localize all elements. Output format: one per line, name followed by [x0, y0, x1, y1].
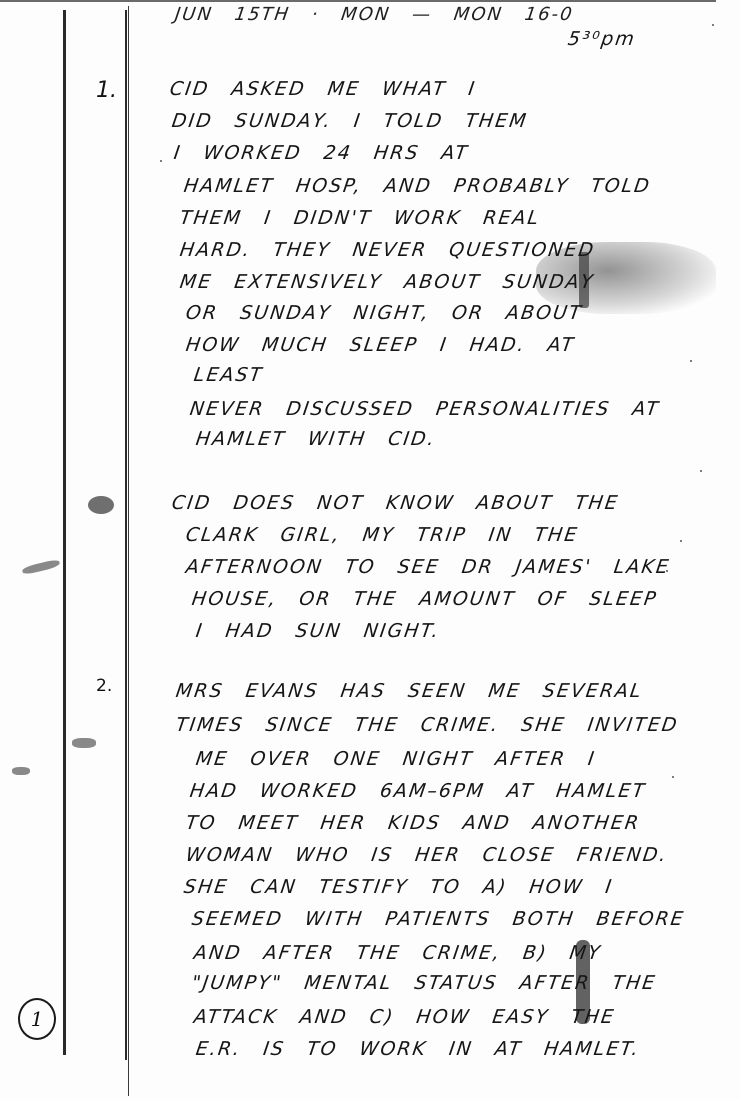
note-line: I worked 24 hrs at — [172, 142, 470, 164]
note-line: Clark girl, my trip in the — [184, 524, 580, 546]
note-line: CID asked me what I — [168, 78, 477, 100]
note-line: afternoon to see Dr James' Lake — [184, 556, 671, 578]
note-line: House, or the amount of sleep — [190, 588, 659, 610]
note-line: Never discussed personalities at — [188, 398, 661, 420]
note-line: least — [192, 364, 264, 386]
copy-speck — [666, 570, 668, 572]
note-line: me extensively about Sunday — [178, 271, 595, 293]
page-top-edge — [0, 0, 716, 2]
note-line: did Sunday. I told them — [170, 110, 529, 132]
note-line: CID does not know about the — [170, 492, 620, 514]
note-line: "Jumpy" mental status after the — [190, 972, 658, 994]
margin-streak — [72, 738, 96, 748]
note-line: hard. They never questioned — [178, 239, 596, 261]
note-line: Hamlet with CID. — [194, 428, 437, 450]
note-line: to meet her kids and another — [184, 812, 641, 834]
copy-speck — [160, 160, 162, 162]
copy-speck — [680, 540, 682, 542]
note-line: attack and c) how easy the — [192, 1006, 616, 1028]
margin-streak — [12, 767, 30, 775]
circled-page-number: 1 — [18, 998, 56, 1040]
margin-blot — [88, 496, 114, 514]
note-line: She can testify to a) how I — [182, 876, 614, 898]
note-line: times since the crime. She invited — [174, 714, 680, 736]
header-time: 5³⁰pm — [566, 28, 637, 50]
header-date-line: Jun 15th · Mon — Mon 16-0 — [174, 4, 576, 25]
note-line: woman who is her close friend. — [184, 844, 669, 866]
note-line: E.R. is to work in at Hamlet. — [194, 1038, 641, 1060]
page-number-text: 1 — [31, 1007, 44, 1031]
copy-speck — [672, 776, 674, 778]
note-line: Mrs Evans has seen me several — [174, 680, 644, 702]
note-line: me over one night after I — [194, 748, 597, 770]
copy-speck — [690, 360, 692, 362]
right-margin-rule-inner — [128, 6, 129, 1096]
note-line: how much sleep I had. At — [184, 334, 576, 356]
note-line: I had Sun night. — [194, 620, 441, 642]
item-number: 1. — [96, 78, 117, 103]
copy-speck — [700, 470, 702, 472]
note-line: seemed with patients both before — [190, 908, 686, 930]
item-number: 2. — [96, 676, 112, 696]
note-line: had worked 6am–6pm at Hamlet — [188, 780, 647, 802]
right-margin-rule — [125, 10, 127, 1060]
note-line: them I didn't work real — [178, 207, 541, 229]
copy-speck — [712, 24, 714, 26]
left-margin-rule — [63, 10, 66, 1055]
note-line: or Sunday night, or about — [184, 302, 584, 324]
note-line: Hamlet Hosp, and probably told — [182, 175, 652, 197]
note-line: and after the crime, b) my — [192, 942, 603, 964]
margin-streak — [22, 559, 61, 576]
